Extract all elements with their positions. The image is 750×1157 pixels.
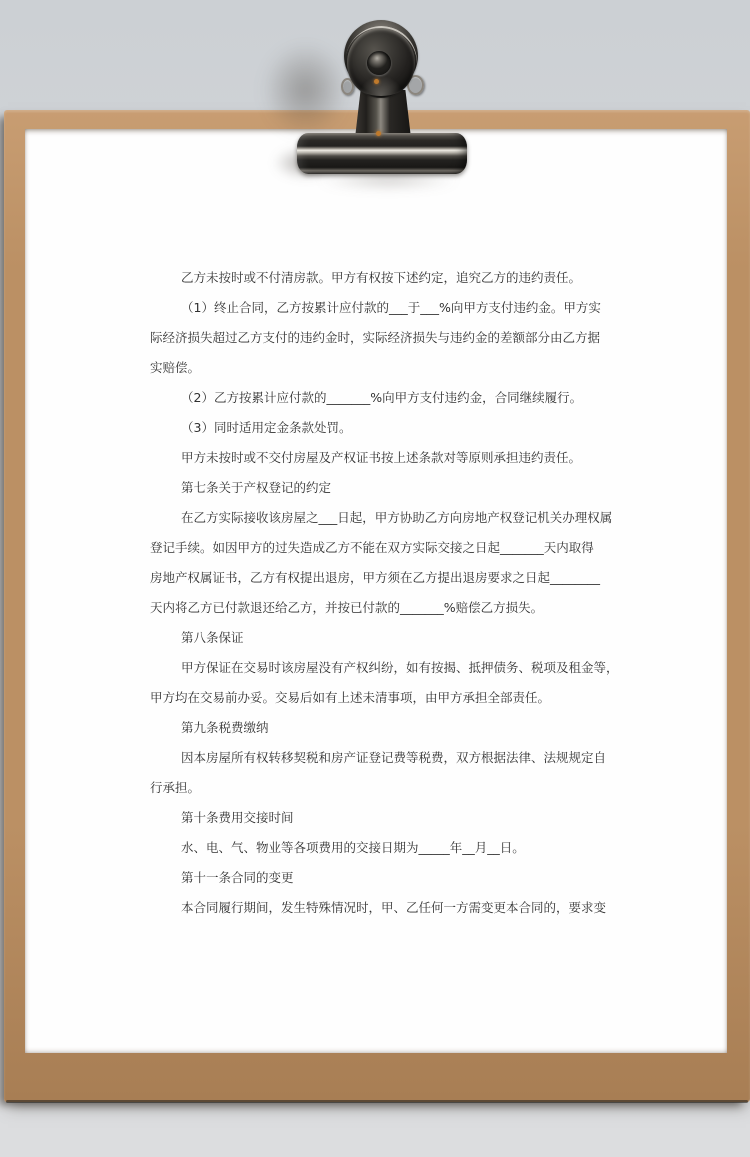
clip-knob-hole — [367, 51, 391, 75]
clip-glint-dot — [374, 79, 379, 84]
photo-scene: 乙方未按时或不付清房款。甲方有权按下述约定，追究乙方的违约责任。（1）终止合同，… — [0, 0, 750, 1157]
clip-jaw-bar — [297, 133, 467, 174]
clip-glint-dot — [376, 131, 381, 136]
metal-spring-clip — [0, 0, 750, 1157]
